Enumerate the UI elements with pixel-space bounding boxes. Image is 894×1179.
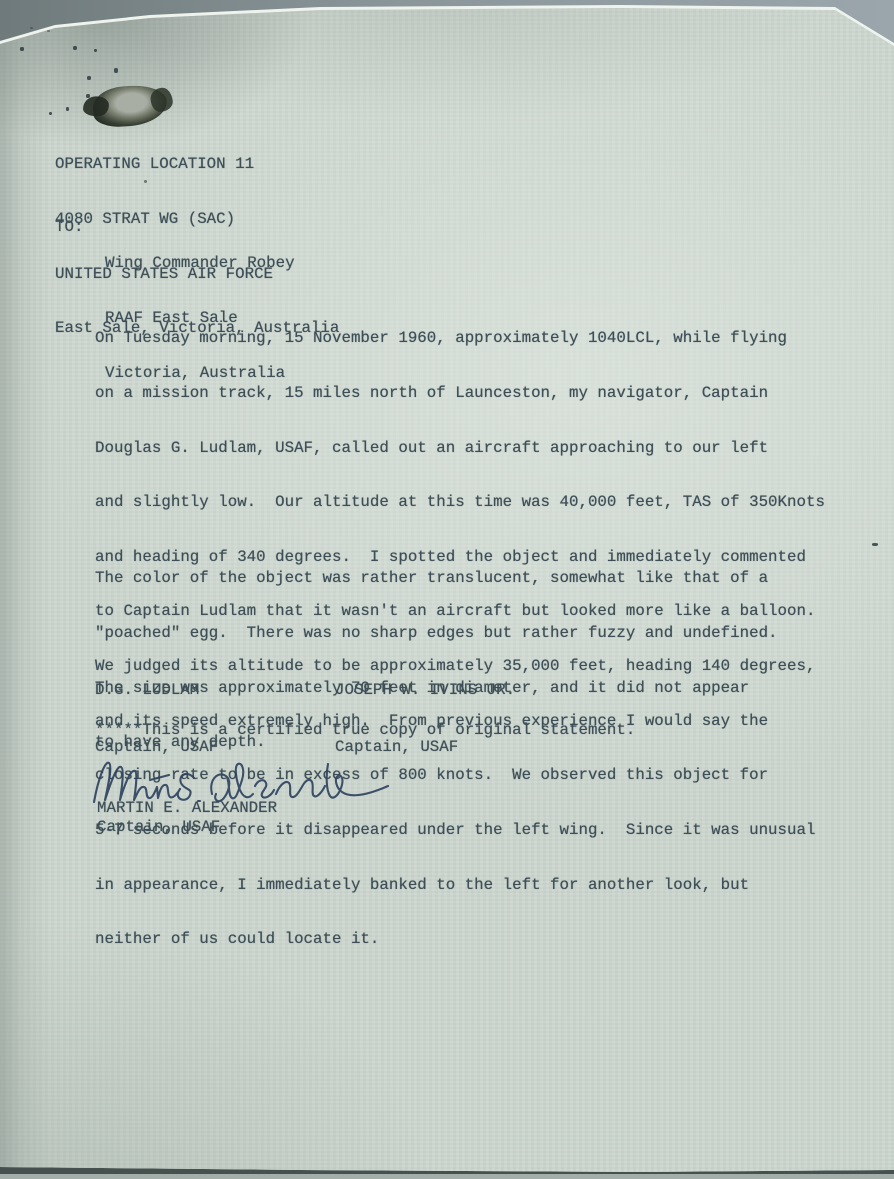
ink-speck [114, 68, 118, 73]
ink-speck [94, 49, 97, 52]
text-line: On Tuesday morning, 15 November 1960, ap… [95, 329, 825, 347]
text-line: Douglas G. Ludlam, USAF, called out an a… [95, 439, 825, 457]
ink-speck [872, 543, 878, 546]
signature-typed-name: MARTIN E. ALEXANDER [97, 799, 277, 818]
ink-speck [86, 94, 90, 98]
ink-speck [87, 76, 91, 80]
ink-speck [30, 27, 33, 29]
letterhead-line: OPERATING LOCATION 11 [55, 155, 339, 173]
ink-speck [20, 47, 24, 51]
text-line: The color of the object was rather trans… [95, 569, 778, 587]
text-line: "poached" egg. There was no sharp edges … [95, 624, 778, 642]
text-line: in appearance, I immediately banked to t… [95, 876, 825, 894]
paper-bottom-edge [0, 1174, 894, 1179]
ink-speck [66, 107, 69, 111]
signatory-name: D.G. LUDLAM [95, 681, 335, 700]
ink-speck [49, 112, 52, 115]
ink-speck [73, 46, 77, 50]
signatory-name: JOSEPH W. IVINS JR. [335, 681, 515, 700]
ink-speck [47, 30, 50, 32]
certification-line: *****This is a certified true copy of or… [95, 721, 635, 739]
text-line: and slightly low. Our altitude at this t… [95, 493, 825, 511]
signature-typed-title: Captain, USAF [97, 818, 220, 837]
scanned-letter: OPERATING LOCATION 11 4080 STRAT WG (SAC… [0, 0, 894, 1179]
text-line: neither of us could locate it. [95, 930, 825, 948]
recipient-line: Wing Commander Robey [105, 254, 295, 272]
text-line: on a mission track, 15 miles north of La… [95, 384, 825, 402]
